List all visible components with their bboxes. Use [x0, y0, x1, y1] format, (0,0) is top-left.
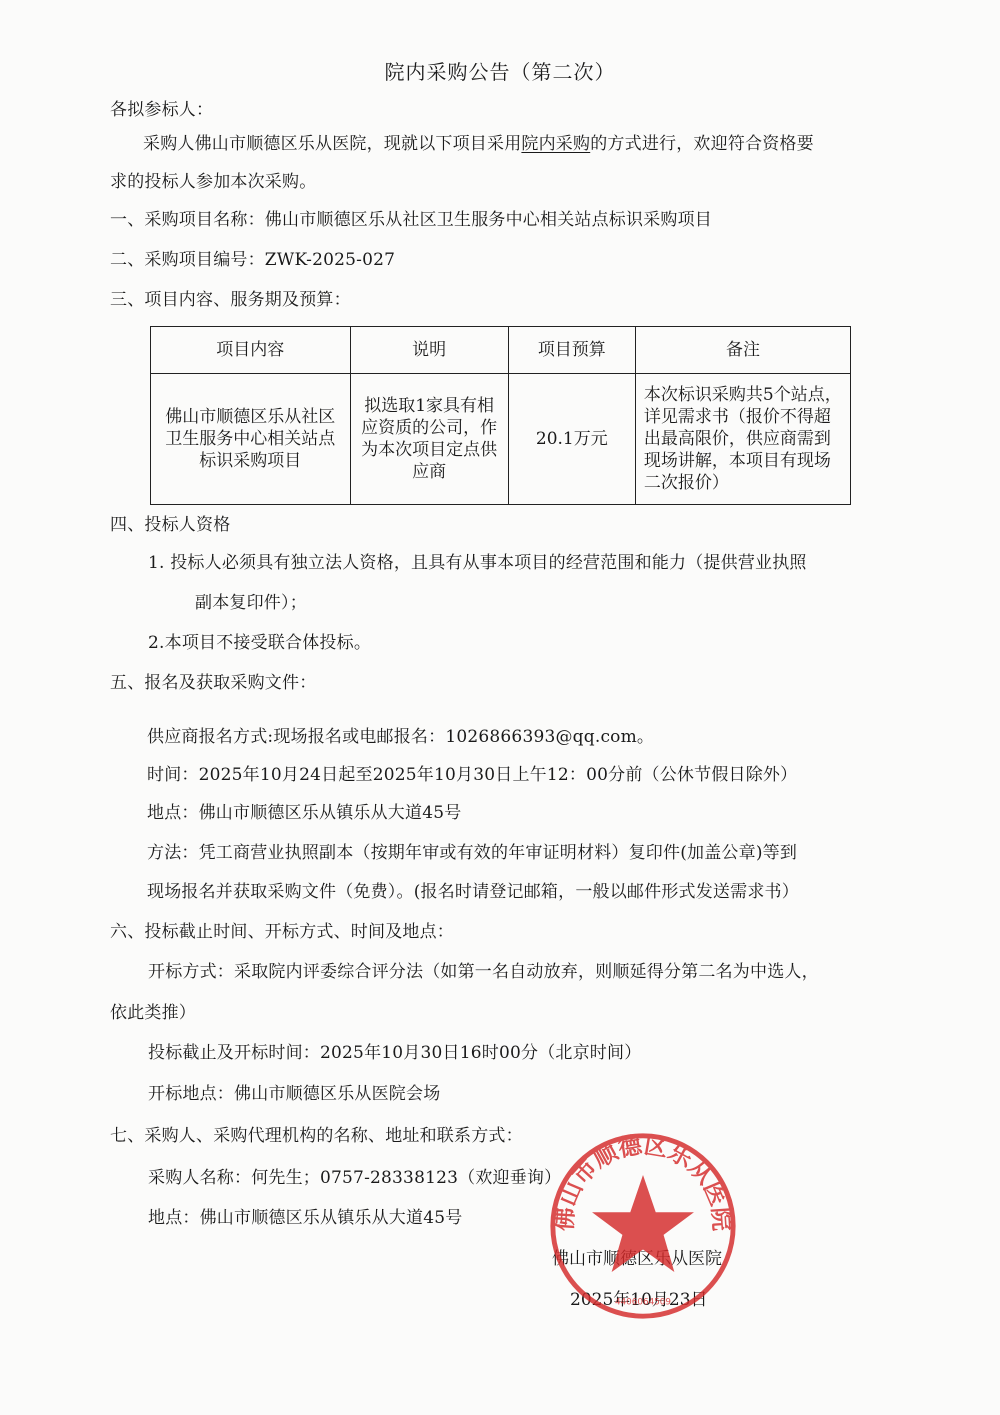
document-title: 院内采购公告（第二次）: [0, 62, 1000, 82]
stamp-serial: 4406064509: [615, 1297, 671, 1307]
cell-description: 拟选取1家具有相应资质的公司，作为本次项目定点供应商: [350, 374, 508, 505]
procurement-notice-page: 院内采购公告（第二次） 各拟参标人： 采购人佛山市顺德区乐从医院，现就以下项目采…: [0, 0, 1000, 1415]
section-bid-deadline-heading: 六、投标截止时间、开标方式、时间及地点：: [110, 922, 454, 942]
registration-procedure-line-1: 方法：凭工商营业执照副本（按期年审或有效的年审证明材料）复印件(加盖公章)等到: [147, 843, 797, 863]
registration-method: 供应商报名方式:现场报名或电邮报名：1026866393@qq.com。: [147, 727, 654, 747]
qualification-item-1-line-2: 副本复印件）；: [195, 593, 307, 613]
purchaser-contact: 采购人名称：何先生；0757-28338123（欢迎垂询）: [148, 1168, 561, 1188]
table-header-budget: 项目预算: [508, 327, 635, 374]
section-registration-heading: 五、报名及获取采购文件：: [110, 673, 316, 693]
section-contact-heading: 七、采购人、采购代理机构的名称、地址和联系方式：: [110, 1126, 523, 1146]
table-header-description: 说明: [350, 327, 508, 374]
table-header-remarks: 备注: [635, 327, 850, 374]
purchaser-address: 地点：佛山市顺德区乐从镇乐从大道45号: [148, 1208, 462, 1228]
section-project-content-heading: 三、项目内容、服务期及预算：: [110, 290, 351, 310]
registration-procedure-line-2: 现场报名并获取采购文件（免费）。(报名时请登记邮箱，一般以邮件形式发送需求书）: [147, 882, 799, 902]
table-header-content: 项目内容: [151, 327, 351, 374]
intro-line-1: 采购人佛山市顺德区乐从医院，现就以下项目采用院内采购的方式进行，欢迎符合资格要: [143, 134, 814, 154]
bid-deadline: 投标截止及开标时间：2025年10月30日16时00分（北京时间）: [148, 1043, 641, 1063]
project-table: 项目内容 说明 项目预算 备注 佛山市顺德区乐从社区卫生服务中心相关站点标识采购…: [150, 326, 851, 505]
intro-line-2: 求的投标人参加本次采购。: [110, 172, 316, 192]
qualification-item-1-line-1: 1. 投标人必须具有独立法人资格，且具有从事本项目的经营范围和能力（提供营业执照: [148, 553, 807, 573]
intro-text-after: 的方式进行，欢迎符合资格要: [590, 134, 814, 154]
bid-method-line-1: 开标方式：采取院内评委综合评分法（如第一名自动放弃，则顺延得分第二名为中选人，: [148, 962, 819, 982]
cell-remarks: 本次标识采购共5个站点，详见需求书（报价不得超出最高限价，供应商需到现场讲解，本…: [635, 374, 850, 505]
official-seal-stamp: 佛山市顺德区乐从医院 4406064509: [545, 1128, 741, 1324]
section-project-name: 一、采购项目名称：佛山市顺德区乐从社区卫生服务中心相关站点标识采购项目: [110, 210, 712, 230]
procurement-method-underlined: 院内采购: [521, 134, 590, 154]
table-header-row: 项目内容 说明 项目预算 备注: [151, 327, 851, 374]
registration-time: 时间：2025年10月24日起至2025年10月30日上午12：00分前（公休节…: [147, 765, 797, 785]
bid-method-line-2: 依此类推）: [110, 1003, 196, 1023]
section-qualification-heading: 四、投标人资格: [110, 515, 230, 535]
cell-budget: 20.1万元: [508, 374, 635, 505]
table-row: 佛山市顺德区乐从社区卫生服务中心相关站点标识采购项目 拟选取1家具有相应资质的公…: [151, 374, 851, 505]
star-icon: [592, 1175, 694, 1272]
qualification-item-2: 2.本项目不接受联合体投标。: [148, 633, 371, 653]
section-project-number: 二、采购项目编号：ZWK-2025-027: [110, 250, 395, 270]
registration-location: 地点：佛山市顺德区乐从镇乐从大道45号: [147, 803, 461, 823]
cell-content: 佛山市顺德区乐从社区卫生服务中心相关站点标识采购项目: [151, 374, 351, 505]
intro-text-before: 采购人佛山市顺德区乐从医院，现就以下项目采用: [143, 134, 521, 154]
salutation: 各拟参标人：: [110, 100, 213, 120]
bid-venue: 开标地点：佛山市顺德区乐从医院会场: [148, 1084, 440, 1104]
